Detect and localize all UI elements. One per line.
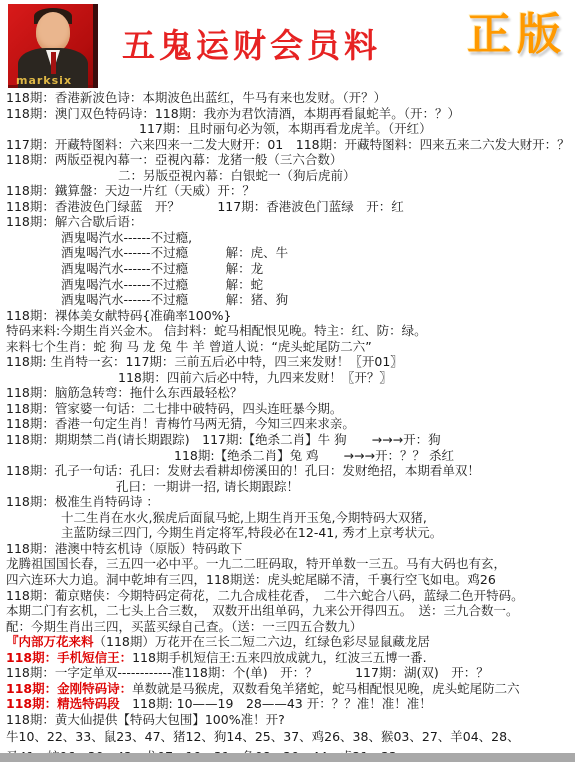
text-segment: 118期：港澳中特玄机诗（原版）特码敢下 [6,541,242,556]
text-segment: 118期：孔子一句话：孔曰：发财去看耕却傍溪田的！孔曰：发财绝招，本期看单双！ [6,463,480,478]
text-segment: 孔曰：一期讲一招, 请长期跟踪！ [116,479,299,494]
text-line: 118期：四前六后必中特，九四来发财！〖开？〗 [6,370,572,386]
text-line: 118期：鐵算盤：天边一片红（天威）开：？ [6,183,572,199]
text-segment: 四六连环大力追。洞中乾坤有三四，118期送：虎头蛇尾睇不清，千裏行空飞如电。鸡2… [6,572,496,587]
text-segment: 118期：极准生肖特码诗 ： [6,494,159,509]
text-segment: 本期二门有玄机，二七头上合三数， 双数开出组单码，九来公开得四五。 送：三九合数… [6,603,519,618]
page: marksix 五鬼运财会员料 正版 118期：香港新波色诗：本期波色出蓝红，牛… [0,0,575,762]
text-line: 117期：且时丽句必为领，本期再看龙虎羊。（开红） [6,121,572,137]
text-line: 四六连环大力追。洞中乾坤有三四，118期送：虎头蛇尾睇不清，千裏行空飞如电。鸡2… [6,572,572,588]
highlight-text: 『内部万花来料 [6,634,94,649]
text-segment: 酒鬼喝汽水------不过瘾 解：蛇 [61,277,263,292]
text-segment: 118期：香港波色门绿蓝 开？ 117期：香港波色门蓝绿 开：红 [6,199,404,214]
text-segment: 118期：两版亞視內幕一：亞視內幕：龙猪一般（三六合数） [6,152,342,167]
text-line: 118期：葡京赌侠：今期特码定荷花，二九合成桂花香， 二牛六蛇合八码，蓝绿二色开… [6,588,572,604]
text-segment: 牛10、22、33、鼠23、47、猪12、狗14、25、37、鸡26、38、猴0… [6,729,520,744]
text-segment: 118期：期期禁二肖(请长期跟踪) 117期:【绝杀二肖】牛 狗 →→→开：狗 [6,432,441,447]
text-segment: 118期：脑筋急转弯：拖什么东西最轻松？ [6,385,242,400]
text-segment: 酒鬼喝汽水------不过瘾 解：龙 [61,261,263,276]
text-line: 二：另版亞視內幕：白银蛇一（狗后虎前） [6,168,572,184]
text-segment: 118期：香港新波色诗：本期波色出蓝红，牛马有来也发财。（开？） [6,90,386,105]
text-line: 十二生肖在水火,猴虎后面鼠马蛇,上期生肖开玉兔,今期特码大双猪, [6,510,572,526]
text-line: 118期:【绝杀二肖】兔 鸡 →→→开：？？ 杀红 [6,448,572,464]
text-segment: 主蓝防绿三四门, 今期生肖定将军,特段必在12-41, 秀才上京考状元。 [61,525,442,540]
text-line: 118期：脑筋急转弯：拖什么东西最轻松？ [6,385,572,401]
text-segment: 来料七个生肖：蛇 狗 马 龙 兔 牛 羊 曾道人说：“虎头蛇尾防二六” [6,339,372,354]
text-line: 118期：管家婆一句话：二七排中破特码，四头连旺暴今期。 [6,401,572,417]
text-segment: 特码来料:今期生肖兴金木。 信封料：蛇马相配恨见晚。特主：红、防：绿。 [6,323,427,338]
text-segment: 118期：四前六后必中特，九四来发财！〖开？〗 [118,370,392,385]
text-segment: 118期：解六合歇后语： [6,214,142,229]
text-line: 118期：手机短信王：118期手机短信王:五来四放成就九，红波三五博一番. [6,650,572,666]
text-segment: 118期：葡京赌侠：今期特码定荷花，二九合成桂花香， 二牛六蛇合八码，蓝绿二色开… [6,588,524,603]
text-line: 117期：开藏特图料：六来四来一二发大财开：01 118期：开藏特图料：四来五来… [6,137,572,153]
text-line: 酒鬼喝汽水------不过瘾 解：蛇 [6,277,572,293]
text-segment: 118期手机短信王:五来四放成就九，红波三五博一番. [132,650,427,665]
text-segment: 十二生肖在水火,猴虎后面鼠马蛇,上期生肖开玉兔,今期特码大双猪, [61,510,427,525]
text-line: 118期：孔子一句话：孔曰：发财去看耕却傍溪田的！孔曰：发财绝招，本期看单双！ [6,463,572,479]
highlight-text: 118期：精选特码段 [6,696,120,711]
text-segment: 118期：一字定单双------------准118期：个(单) 开：？ 117… [6,665,489,680]
text-segment: 117期：且时丽句必为领，本期再看龙虎羊。（开红） [139,121,432,136]
content-lines: 118期：香港新波色诗：本期波色出蓝红，牛马有来也发财。（开？）118期：澳门双… [6,90,572,762]
text-line: 118期：黄大仙提供【特码大包围】100%准！开? [6,712,572,728]
text-segment: 118期：香港一句定生肖！青梅竹马两无猜，今知三四来求亲。 [6,416,355,431]
text-line: 118期：极准生肖特码诗 ： [6,494,572,510]
bottom-border [0,753,575,762]
text-segment: 118期：裸体美女献特码{准确率100%} [6,308,232,323]
text-line: 酒鬼喝汽水------不过瘾, [6,230,572,246]
text-line: 118期：裸体美女献特码{准确率100%} [6,308,572,324]
text-segment: 117期：开藏特图料：六来四来一二发大财开：01 118期：开藏特图料：四来五来… [6,137,570,152]
text-line: 特码来料:今期生肖兴金木。 信封料：蛇马相配恨见晚。特主：红、防：绿。 [6,323,572,339]
highlight-text: 118期：手机短信王： [6,650,132,665]
text-line: 酒鬼喝汽水------不过瘾 解：龙 [6,261,572,277]
text-line: 118期：期期禁二肖(请长期跟踪) 117期:【绝杀二肖】牛 狗 →→→开：狗 [6,432,572,448]
photo-watermark: marksix [16,74,72,87]
text-line: 酒鬼喝汽水------不过瘾 解：猪、狗 [6,292,572,308]
text-line: 118期：港澳中特玄机诗（原版）特码敢下 [6,541,572,557]
text-line: 孔曰：一期讲一招, 请长期跟踪！ [6,479,572,495]
text-segment: 118期：管家婆一句话：二七排中破特码，四头连旺暴今期。 [6,401,342,416]
header-photo: marksix [8,4,98,88]
text-segment: （118期）万花开在三长二短二六边，红绿色彩尽显鼠藏龙居 [94,634,430,649]
text-line: 来料七个生肖：蛇 狗 马 龙 兔 牛 羊 曾道人说：“虎头蛇尾防二六” [6,339,572,355]
text-line: 牛10、22、33、鼠23、47、猪12、狗14、25、37、鸡26、38、猴0… [6,727,572,747]
text-line: 龙腾祖国国长春，三五四一必中平。一九二二旺码取，特开单数一三五。马有大码也有玄， [6,556,572,572]
text-line: 118期：金刚特码诗：单数就是马猴虎，双数看兔羊猪蛇，蛇马相配恨见晚，虎头蛇尾防… [6,681,572,697]
text-segment: 酒鬼喝汽水------不过瘾 解：虎、牛 [61,245,288,260]
page-title: 五鬼运财会员料 [122,20,381,67]
text-segment: 二：另版亞視內幕：白银蛇一（狗后虎前） [118,168,356,183]
text-line: 118期：香港一句定生肖！青梅竹马两无猜，今知三四来求亲。 [6,416,572,432]
text-line: 118期：精选特码段 118期: 10——19 28——43 开：？？准！准！准… [6,696,572,712]
text-segment: 118期: 生肖特一玄：117期：三前五后必中特，四三来发财！〖开01〗 [6,354,403,369]
text-segment: 118期：澳门双色特码诗：118期：我亦为君饮清酒，本期再看鼠蛇羊。（开：？） [6,106,460,121]
text-segment: 118期：鐵算盤：天边一片红（天威）开：？ [6,183,255,198]
text-segment: 酒鬼喝汽水------不过瘾 解：猪、狗 [61,292,288,307]
text-segment: 118期: 10——19 28——43 开：？？准！准！准！ [120,696,432,711]
text-line: 主蓝防绿三四门, 今期生肖定将军,特段必在12-41, 秀才上京考状元。 [6,525,572,541]
text-line: 配：今期生肖出三四，买蓝买绿自己查。（送：一三四五合数九） [6,619,572,635]
text-line: 118期：一字定单双------------准118期：个(单) 开：？ 117… [6,665,572,681]
text-segment: 118期:【绝杀二肖】兔 鸡 →→→开：？？ 杀红 [174,448,454,463]
text-line: 118期：澳门双色特码诗：118期：我亦为君饮清酒，本期再看鼠蛇羊。（开：？） [6,106,572,122]
text-line: 118期：香港新波色诗：本期波色出蓝红，牛马有来也发财。（开？） [6,90,572,106]
text-segment: 酒鬼喝汽水------不过瘾, [61,230,192,245]
highlight-text: 118期：金刚特码诗： [6,681,132,696]
text-segment: 单数就是马猴虎，双数看兔羊猪蛇，蛇马相配恨见晚，虎头蛇尾防二六 [132,681,520,696]
text-line: 118期：香港波色门绿蓝 开？ 117期：香港波色门蓝绿 开：红 [6,199,572,215]
genuine-stamp: 正版 [467,0,567,62]
text-line: 本期二门有玄机，二七头上合三数， 双数开出组单码，九来公开得四五。 送：三九合数… [6,603,572,619]
text-line: 酒鬼喝汽水------不过瘾 解：虎、牛 [6,245,572,261]
text-segment: 龙腾祖国国长春，三五四一必中平。一九二二旺码取，特开单数一三五。马有大码也有玄， [6,556,506,571]
text-line: 118期: 生肖特一玄：117期：三前五后必中特，四三来发财！〖开01〗 [6,354,572,370]
person-face-icon [36,12,70,52]
text-segment: 配：今期生肖出三四，买蓝买绿自己查。（送：一三四五合数九） [6,619,362,634]
text-line: 118期：解六合歇后语： [6,214,572,230]
text-segment: 118期：黄大仙提供【特码大包围】100%准！开? [6,712,285,727]
text-line: 『内部万花来料（118期）万花开在三长二短二六边，红绿色彩尽显鼠藏龙居 [6,634,572,650]
text-line: 118期：两版亞視內幕一：亞視內幕：龙猪一般（三六合数） [6,152,572,168]
person-tie-icon [51,52,56,74]
